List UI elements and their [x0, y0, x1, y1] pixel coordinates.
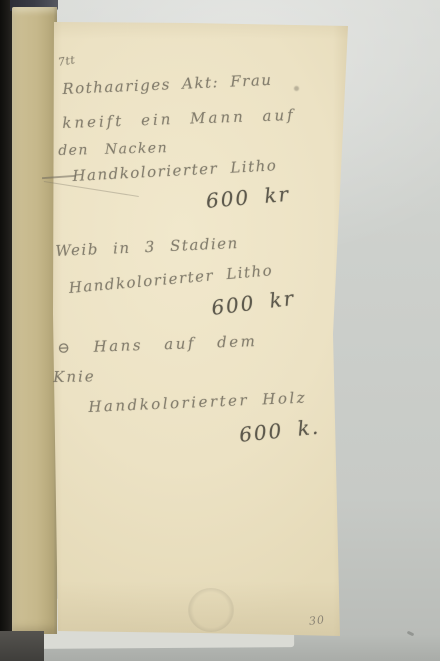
photo-of-notebook: 7tt Rothaariges Akt: Frau kneift ein Man…: [0, 0, 440, 661]
backdrop-speck: [407, 631, 415, 637]
handwriting-annotation: 7tt: [57, 53, 76, 69]
handwriting-line: Knie: [53, 367, 96, 386]
handwriting-line: den Nacken: [58, 140, 168, 159]
pencil-smudge: [294, 86, 299, 91]
pencil-smudge: [188, 588, 234, 632]
page-edge-stack: [12, 7, 57, 634]
book-cover-corner: [0, 631, 44, 661]
page-number: 30: [308, 613, 325, 628]
